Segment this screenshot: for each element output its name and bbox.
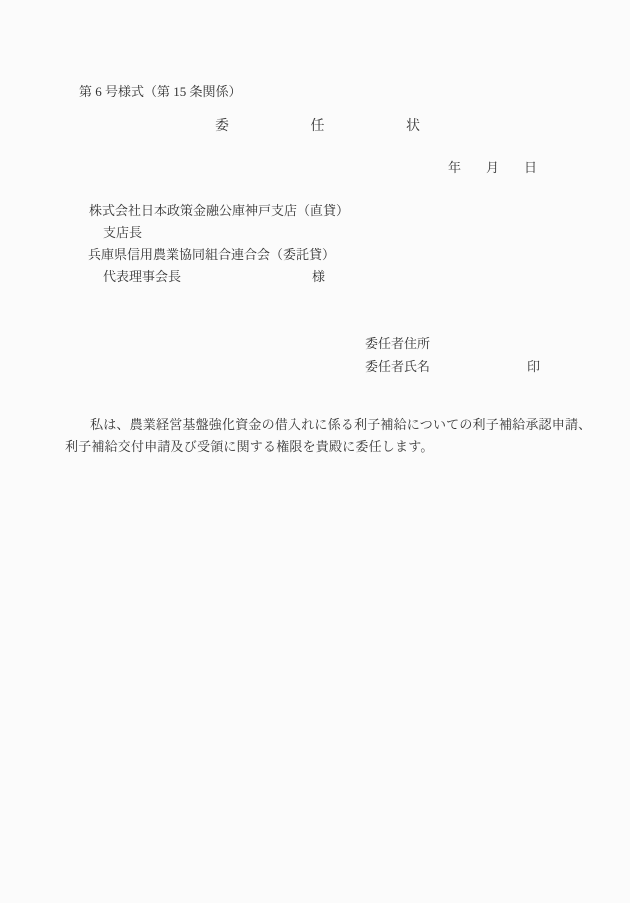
date-month-label: 月 xyxy=(486,161,499,174)
seal-mark: 印 xyxy=(527,360,540,373)
addressee-1-name: 株式会社日本政策金融公庫神戸支店（直貸） xyxy=(89,204,349,217)
title-char-1: 委 xyxy=(215,120,229,134)
form-number: 第 6 号様式（第 15 条関係） xyxy=(79,85,242,98)
delegator-address-label: 委任者住所 xyxy=(365,337,430,350)
addressee-2-name: 兵庫県信用農業協同組合連合会（委託貸） xyxy=(88,248,335,261)
delegator-name-label: 委任者氏名 xyxy=(365,360,430,373)
body-text-line-2: 利子補給交付申請及び受領に関する権限を貴殿に委任します。 xyxy=(65,440,434,453)
date-day-label: 日 xyxy=(524,161,537,174)
document-title: 委 任 状 xyxy=(215,120,420,134)
document-page: 第 6 号様式（第 15 条関係） 委 任 状 年 月 日 株式会社日本政策金融… xyxy=(0,0,630,903)
addressee-2-honorific: 様 xyxy=(312,270,325,283)
title-char-3: 状 xyxy=(406,120,420,134)
addressee-1-officer: 支店長 xyxy=(103,226,142,239)
addressee-2-officer: 代表理事会長 xyxy=(103,270,181,283)
date-year-label: 年 xyxy=(448,161,461,174)
date-line: 年 月 日 xyxy=(448,161,537,174)
body-text-line-1: 私は、農業経営基盤強化資金の借入れに係る利子補給についての利子補給承認申請、 xyxy=(90,418,591,431)
title-char-2: 任 xyxy=(311,120,325,134)
